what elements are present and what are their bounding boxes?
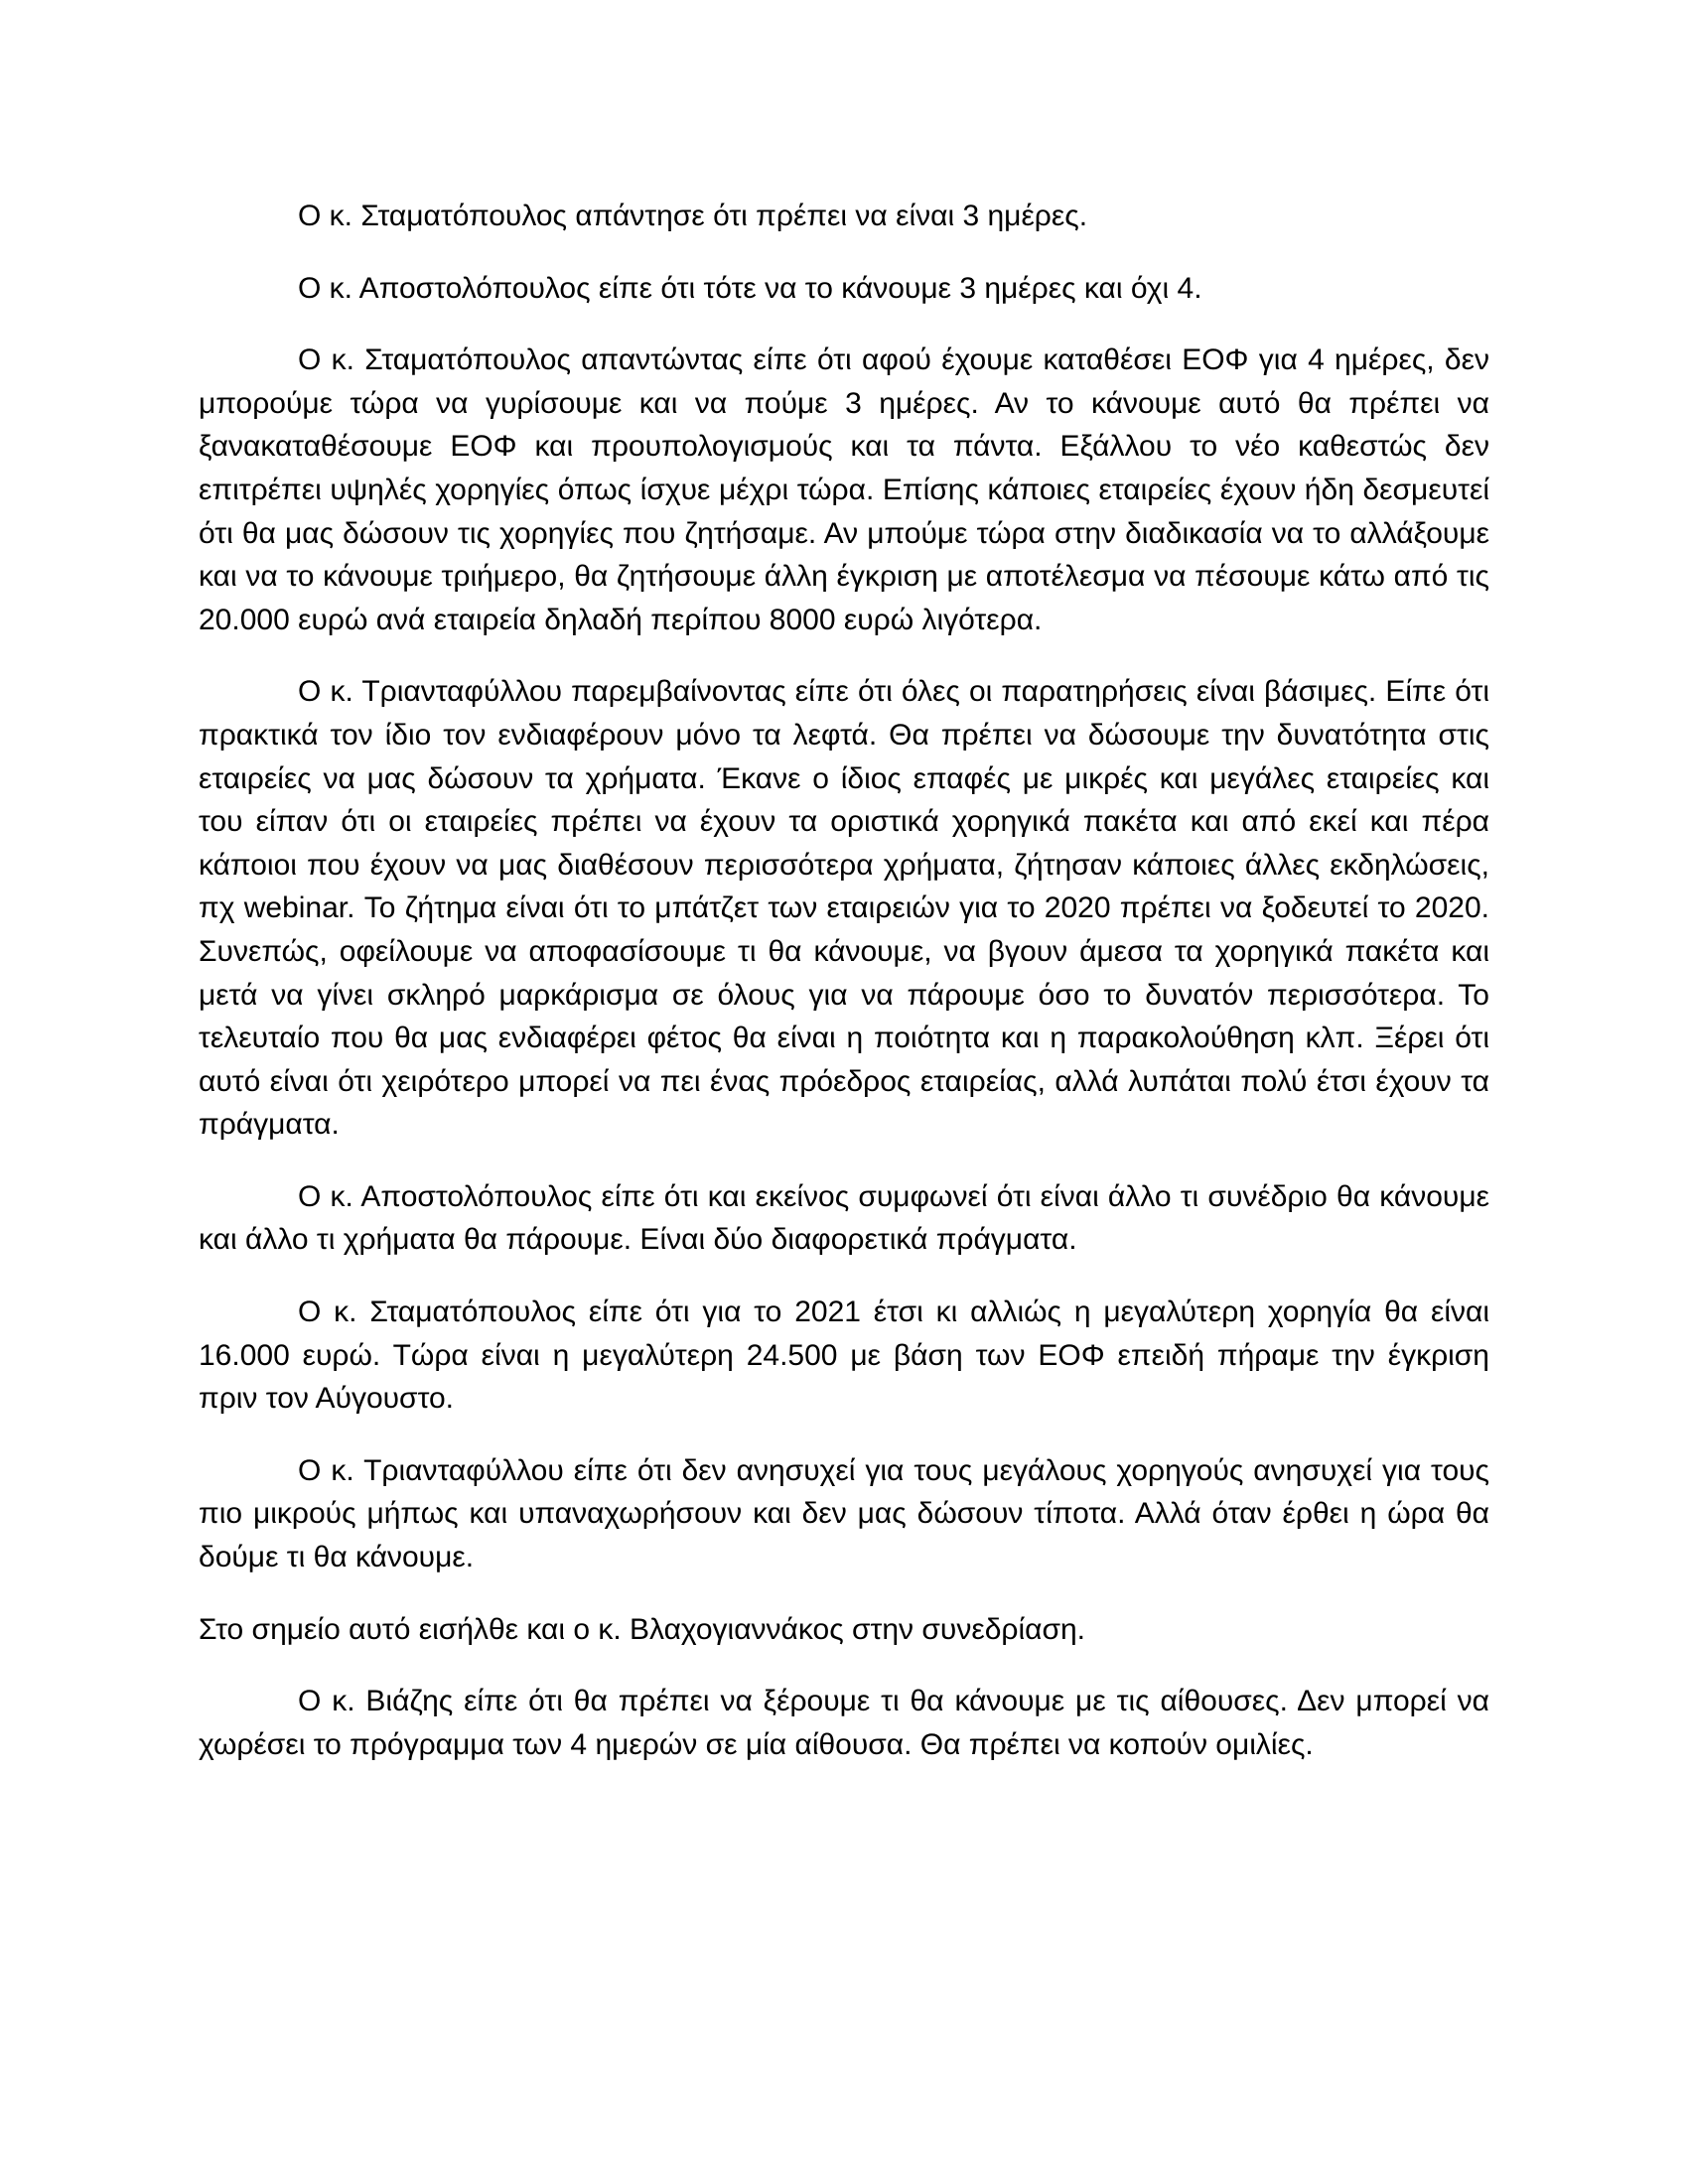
paragraph-stamatopoulos-reply: Ο κ. Σταματόπουλος απάντησε ότι πρέπει ν… <box>199 195 1489 238</box>
paragraph-stamatopoulos-eof: Ο κ. Σταματόπουλος απαντώντας είπε ότι α… <box>199 339 1489 641</box>
paragraph-triantafyllou-small-sponsors: Ο κ. Τριανταφύλλου είπε ότι δεν ανησυχεί… <box>199 1449 1489 1579</box>
paragraph-vlachogiannakos-enters: Στο σημείο αυτό εισήλθε και ο κ. Βλαχογι… <box>199 1608 1489 1652</box>
document-page: Ο κ. Σταματόπουλος απάντησε ότι πρέπει ν… <box>199 195 1489 1795</box>
paragraph-viazis-rooms: Ο κ. Βιάζης είπε ότι θα πρέπει να ξέρουμ… <box>199 1680 1489 1766</box>
paragraph-apostolopoulos-agrees: Ο κ. Αποστολόπουλος είπε ότι και εκείνος… <box>199 1175 1489 1262</box>
paragraph-triantafyllou-funding: Ο κ. Τριανταφύλλου παρεμβαίνοντας είπε ό… <box>199 670 1489 1147</box>
paragraph-stamatopoulos-2021: Ο κ. Σταματόπουλος είπε ότι για το 2021 … <box>199 1291 1489 1421</box>
paragraph-apostolopoulos-three-days: Ο κ. Αποστολόπουλος είπε ότι τότε να το … <box>199 267 1489 311</box>
